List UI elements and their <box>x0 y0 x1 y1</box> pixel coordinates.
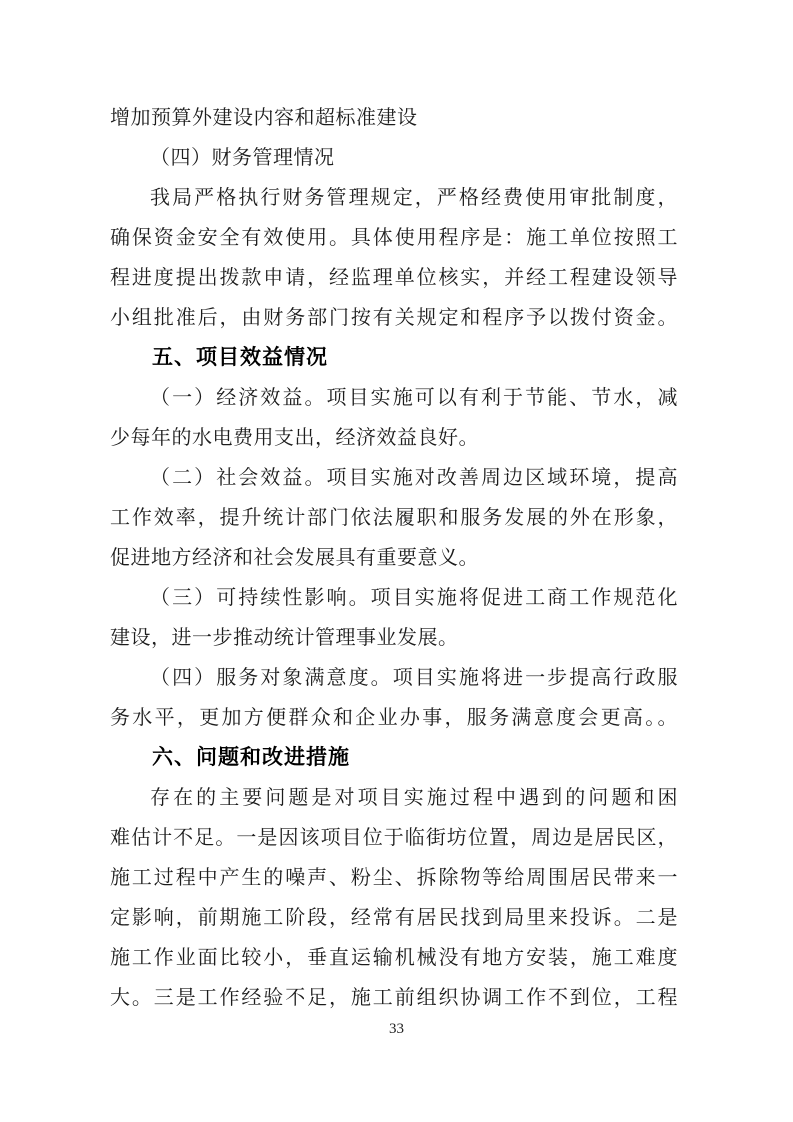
text-line: 大。三是工作经验不足，施工前组织协调工作不到位，工程 <box>110 978 678 1018</box>
text-line: （二）社会效益。项目实施对改善周边区域环境，提高 <box>110 458 678 498</box>
text-line: 难估计不足。一是因该项目位于临街坊位置，周边是居民区， <box>110 818 678 858</box>
document-page: 增加预算外建设内容和超标准建设（四）财务管理情况我局严格执行财务管理规定，严格经… <box>0 0 793 1122</box>
text-line: 存在的主要问题是对项目实施过程中遇到的问题和困 <box>110 778 678 818</box>
text-line: 定影响，前期施工阶段，经常有居民找到局里来投诉。二是 <box>110 898 678 938</box>
text-line: （三）可持续性影响。项目实施将促进工商工作规范化 <box>110 578 678 618</box>
text-line: 工作效率，提升统计部门依法履职和服务发展的外在形象， <box>110 498 678 538</box>
text-line: 确保资金安全有效使用。具体使用程序是：施工单位按照工 <box>110 218 678 258</box>
text-line: （四）服务对象满意度。项目实施将进一步提高行政服 <box>110 658 678 698</box>
text-line: （一）经济效益。项目实施可以有利于节能、节水，减 <box>110 378 678 418</box>
text-line: 施工作业面比较小，垂直运输机械没有地方安装，施工难度 <box>110 938 678 978</box>
text-line: 程进度提出拨款申请，经监理单位核实，并经工程建设领导 <box>110 258 678 298</box>
text-body: 增加预算外建设内容和超标准建设（四）财务管理情况我局严格执行财务管理规定，严格经… <box>110 98 678 1018</box>
section-heading: 五、项目效益情况 <box>110 338 678 378</box>
section-heading: 六、问题和改进措施 <box>110 738 678 778</box>
text-line: 建设，进一步推动统计管理事业发展。 <box>110 618 678 658</box>
text-line: 小组批准后，由财务部门按有关规定和程序予以拨付资金。 <box>110 298 678 338</box>
page-number: 33 <box>0 1021 793 1038</box>
text-line: （四）财务管理情况 <box>110 138 678 178</box>
text-line: 务水平，更加方便群众和企业办事，服务满意度会更高。。 <box>110 698 678 738</box>
text-line: 施工过程中产生的噪声、粉尘、拆除物等给周围居民带来一 <box>110 858 678 898</box>
text-line: 少每年的水电费用支出，经济效益良好。 <box>110 418 678 458</box>
text-line: 我局严格执行财务管理规定，严格经费使用审批制度， <box>110 178 678 218</box>
text-line: 增加预算外建设内容和超标准建设 <box>110 98 678 138</box>
text-line: 促进地方经济和社会发展具有重要意义。 <box>110 538 678 578</box>
